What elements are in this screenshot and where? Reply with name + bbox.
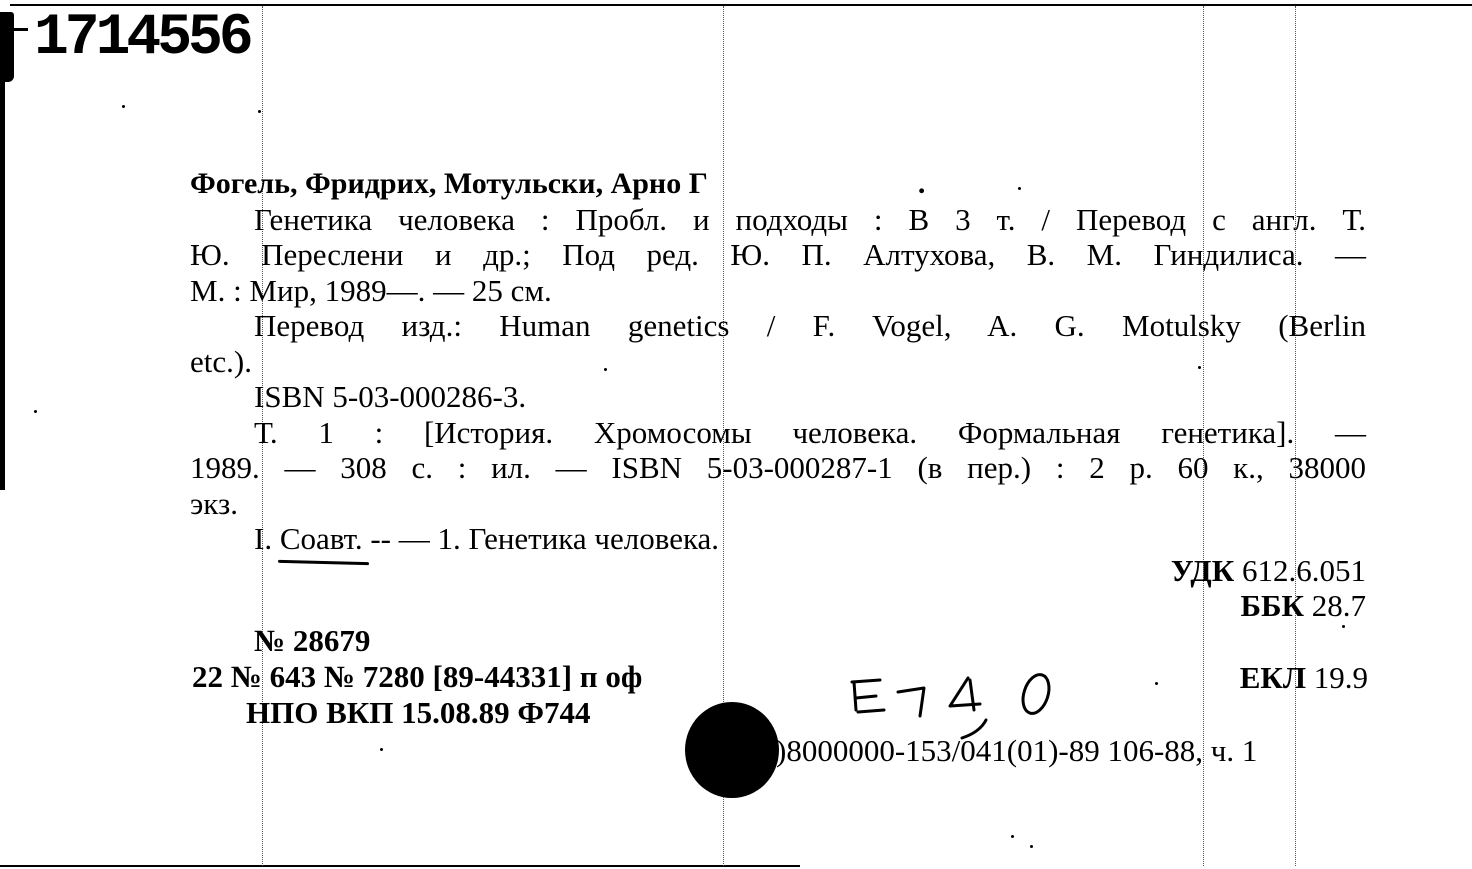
title-line: Ю. Переслени и др.; Под ред. Ю. П. Алтух… xyxy=(190,237,1366,273)
title-line: Генетика человека : Пробл. и подходы : В… xyxy=(190,202,1366,238)
classification-codes: УДК 612.6.051 ББК 28.7 xyxy=(1171,553,1366,623)
title-line: М. : Мир, 1989—. — 25 см. xyxy=(190,273,1366,309)
punch-hole xyxy=(685,702,779,798)
udk-label: УДК xyxy=(1171,553,1234,588)
card-left-edge xyxy=(0,20,5,490)
ekl-label: ЕКЛ xyxy=(1240,660,1306,695)
tracings: I. Соавт. -- — 1. Генетика человека. xyxy=(190,521,1366,557)
translation-note-line: Перевод изд.: Human genetics / F. Vogel,… xyxy=(190,308,1366,344)
print-info: № 28679 22 № 643 № 7280 [89-44331] п оф … xyxy=(192,623,642,731)
accession-number: 1714556 xyxy=(34,10,250,68)
bibliographic-description: Фогель, Фридрих, Мотульски, Арно Г. Гене… xyxy=(190,166,1366,557)
tracing-subjects: -- — 1. Генетика человека. xyxy=(370,521,719,556)
publisher-line: НПО ВКП 15.08.89 Ф744 xyxy=(192,695,642,731)
volume-line: Т. 1 : [История. Хромосомы человека. Фор… xyxy=(190,415,1366,451)
author-heading: Фогель, Фридрих, Мотульски, Арно Г. xyxy=(190,166,1366,202)
udk-value: 612.6.051 xyxy=(1242,553,1366,588)
tracing-prefix: I. xyxy=(254,521,272,556)
order-line: 22 № 643 № 7280 [89-44331] п оф xyxy=(192,659,642,695)
udk-code: УДК 612.6.051 xyxy=(1171,553,1366,588)
handwritten-note: Е74,0 xyxy=(840,660,1060,740)
bbk-value: 28.7 xyxy=(1312,588,1366,623)
bbk-code: ББК 28.7 xyxy=(1171,588,1366,623)
card-edge-tick xyxy=(6,28,28,31)
bbk-label: ББК xyxy=(1241,588,1304,623)
catalog-card: 1714556 Фогель, Фридрих, Мотульски, Арно… xyxy=(0,0,1472,869)
coauthor-label: Соавт. xyxy=(280,521,363,557)
author-heading-text: Фогель, Фридрих, Мотульски, Арно Г xyxy=(190,167,708,200)
index-code: )8000000-153/041(01)-89 106-88, ч. 1 xyxy=(776,733,1257,769)
volume-line: экз. xyxy=(190,486,1366,522)
card-number: № 28679 xyxy=(192,623,642,659)
set-isbn: ISBN 5-03-000286-3. xyxy=(190,379,1366,415)
author-heading-dot: . xyxy=(708,167,926,200)
ekl-value: 19.9 xyxy=(1314,660,1368,695)
card-bottom-edge xyxy=(0,865,800,867)
card-left-edge-stub xyxy=(0,12,14,82)
volume-line: 1989. — 308 с. : ил. — ISBN 5-03-000287-… xyxy=(190,450,1366,486)
ekl-code: ЕКЛ 19.9 xyxy=(1240,660,1368,696)
translation-note-line: etc.). xyxy=(190,344,1366,380)
